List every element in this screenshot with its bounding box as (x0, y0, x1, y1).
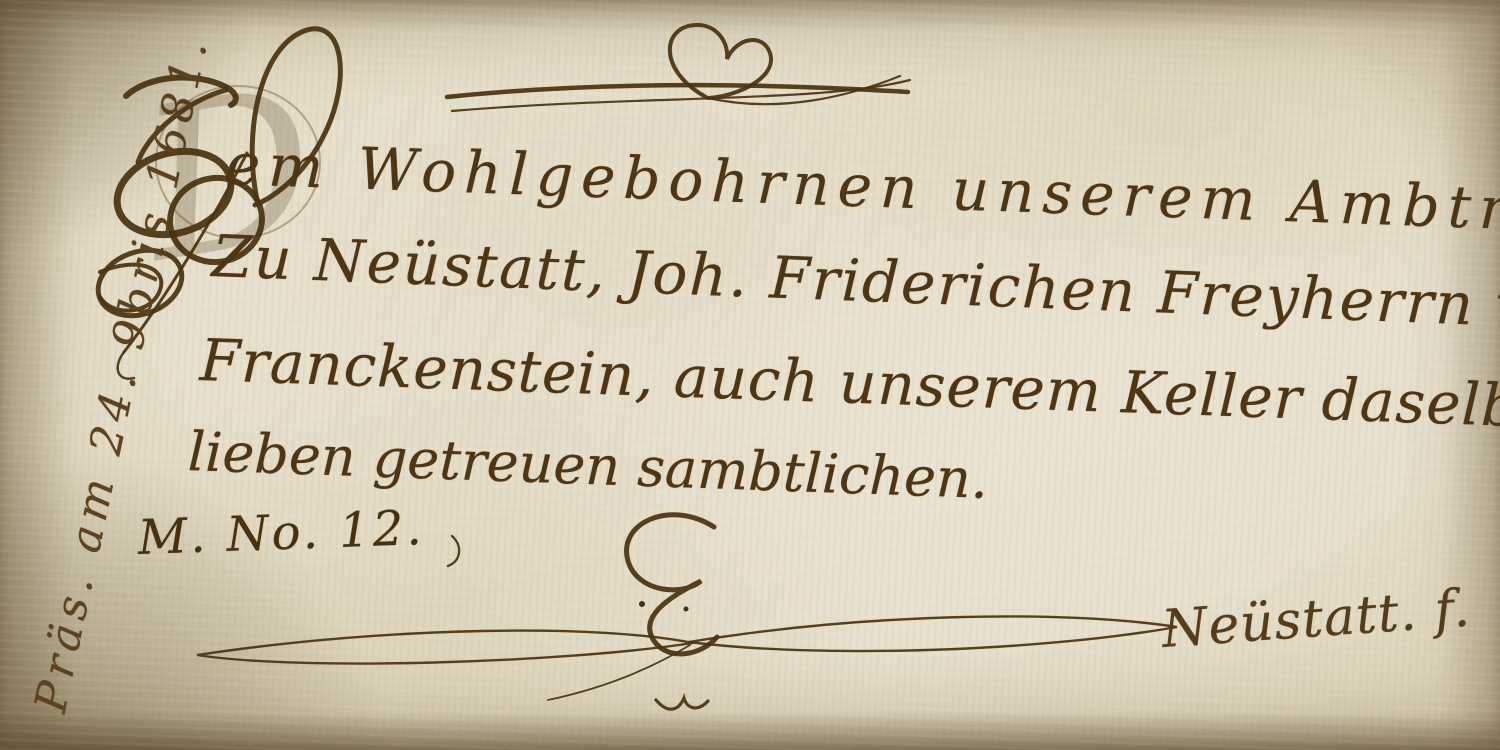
manuscript-page: Präs. am 24. 9bris 1681. D em Wohlgebohr… (0, 0, 1500, 750)
address-line-2: Zu Neüstatt, Joh. Friderichen Freyherrn … (211, 222, 1500, 344)
place-note: Neüstatt. f. (1160, 579, 1473, 660)
address-line-4: lieben getreuen sambtlichen. (187, 420, 989, 511)
top-flourish (447, 25, 910, 111)
registry-number: M. No. 12. (137, 500, 425, 566)
